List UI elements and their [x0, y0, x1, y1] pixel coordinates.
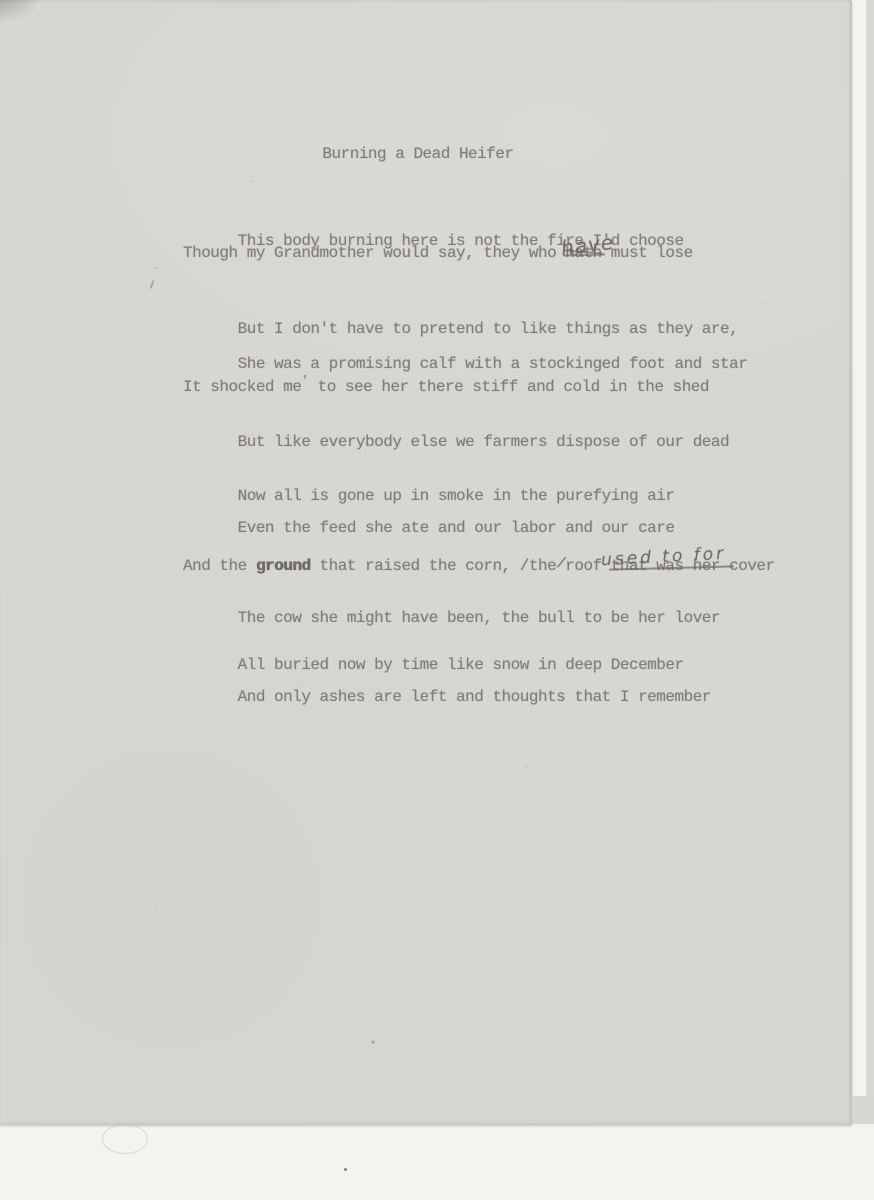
poem-line-segment: to see her there stiff and cold in the s…	[309, 378, 709, 396]
document-scan: Burning a Dead Heifer This body burning …	[0, 0, 874, 1200]
poem-line: Though my Grandmother would say, they wh…	[183, 243, 693, 263]
scan-dot-mark	[344, 1168, 347, 1171]
scan-ring-mark	[102, 1124, 148, 1154]
struck-phrase: that was her	[611, 557, 720, 575]
corrected-phrase: used to forthat was her	[611, 556, 720, 576]
poem-line-text: Even the feed she ate and our labor and …	[238, 519, 675, 537]
poem-line-segment: roof	[565, 557, 611, 575]
poem-line-text: The cow she might have been, the bull to…	[238, 609, 720, 627]
paper-sheet: Burning a Dead Heifer This body burning …	[0, 0, 852, 1124]
poem-line-text: She was a promising calf with a stocking…	[238, 355, 748, 373]
poem-line-segment: that raised the corn, /the	[310, 557, 556, 575]
poem-line: And only ashes are left and thoughts tha…	[183, 667, 711, 727]
poem-title: Burning a Dead Heifer	[0, 144, 836, 164]
poem-line-segment: Though my Grandmother would say, they wh…	[183, 244, 565, 262]
overtyped-word: ground	[256, 557, 311, 575]
corrected-word: havehath	[565, 243, 601, 263]
struck-word: hath	[565, 244, 601, 262]
stray-pencil-mark	[149, 280, 154, 289]
stray-dot	[155, 267, 157, 269]
poem-line: But like everybody else we farmers dispo…	[183, 412, 729, 472]
poem-line-segment: And the	[183, 557, 256, 575]
poem-line-segment: must lose	[602, 244, 693, 262]
poem-line: It shocked me' to see her there stiff an…	[183, 377, 709, 398]
paper-specks	[0, 0, 2, 2]
poem-line-segment: It shocked me	[183, 378, 301, 396]
poem-line-text: But like everybody else we farmers dispo…	[238, 433, 729, 451]
paper-corner-patch	[852, 1096, 874, 1124]
poem-line: Even the feed she ate and our labor and …	[183, 498, 674, 558]
adjacent-page-edge	[866, 0, 874, 1100]
poem-line: And the ground that raised the corn, /th…	[183, 556, 775, 576]
stray-typed-mark: '	[301, 374, 308, 388]
poem-line-text: And only ashes are left and thoughts tha…	[238, 688, 711, 706]
